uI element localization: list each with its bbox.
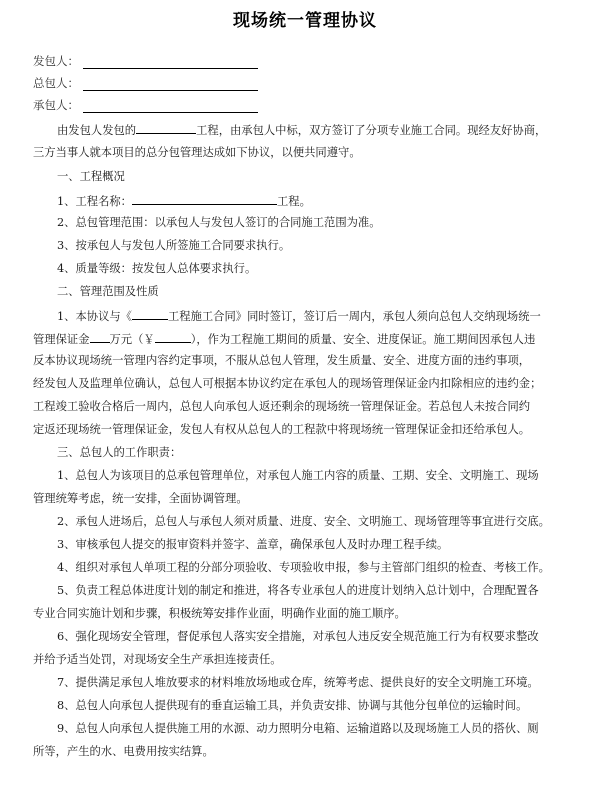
list-item-continuation: 所等，产生的水、电费用按实结算。 — [33, 744, 578, 760]
list-item: 8、总包人向承包人提供现有的垂直运输工具，并负责安排、协调与其他分包单位的运输时… — [57, 698, 602, 714]
list-item: 1、工程名称：工程。 — [57, 192, 602, 210]
deposit-amount-blank-field[interactable] — [90, 330, 110, 343]
text: 工程，由承包人中标，双方签订了分项专业施工合同。现经友好协商， — [196, 124, 546, 137]
text: 1、工程名称： — [57, 195, 132, 208]
deposit-yuan-blank-field[interactable] — [155, 330, 191, 343]
paragraph-line: 管理保证金万元（￥），作为工程施工期间的质量、安全、进度保证。施工期间因承包人违 — [33, 330, 578, 348]
party-label: 承包人： — [33, 97, 79, 113]
document-title: 现场统一管理协议 — [0, 6, 610, 31]
intro-paragraph-line: 由发包人发包的工程，由承包人中标，双方签订了分项专业施工合同。现经友好协商， — [57, 121, 602, 139]
text: 工程。 — [277, 195, 311, 208]
paragraph-line: 定返还现场统一管理保证金，发包人有权从总包人的工程款中将现场统一管理保证金扣还给… — [33, 422, 578, 438]
party-contractor: 承包人： — [33, 97, 258, 113]
project-blank-field[interactable] — [136, 121, 196, 134]
paragraph-line: 工程竣工验收合格后一周内，总包人向承包人返还剩余的现场统一管理保证金。若总包人未… — [33, 399, 578, 415]
list-item: 9、总包人向承包人提供施工用的水源、动力照明分电箱、运输道路以及现场施工人员的搭… — [57, 721, 602, 737]
text: 由发包人发包的 — [57, 124, 136, 137]
section-heading: 一、工程概况 — [57, 169, 602, 185]
list-item: 3、按承包人与发包人所签施工合同要求执行。 — [57, 238, 602, 254]
party-general-contractor: 总包人： — [33, 75, 258, 91]
general-contractor-blank-field[interactable] — [83, 77, 258, 91]
text: 管理保证金 — [33, 333, 90, 346]
paragraph-line: 1、本协议与《工程施工合同》同时签订，签订后一周内，承包人须向总包人交纳现场统一 — [57, 307, 602, 325]
list-item: 2、总包管理范围：以承包人与发包人签订的合同施工范围为准。 — [57, 215, 602, 231]
section-heading: 三、总包人的工作职责： — [57, 445, 602, 461]
party-employer: 发包人： — [33, 53, 258, 69]
list-item: 2、承包人进场后，总包人与承包人须对质量、进度、安全、文明施工、现场管理等事宜进… — [57, 514, 602, 530]
text: 1、本协议与《 — [57, 310, 132, 323]
list-item: 7、提供满足承包人堆放要求的材料堆放场地或仓库，统筹考虑、提供良好的安全文明施工… — [57, 675, 602, 691]
list-item-continuation: 管理统筹考虑，统一安排，全面协调管理。 — [33, 491, 578, 507]
list-item: 3、审核承包人提交的报审资料并签字、盖章，确保承包人及时办理工程手续。 — [57, 537, 602, 553]
list-item: 1、总包人为该项目的总承包管理单位，对承包人施工内容的质量、工期、安全、文明施工… — [57, 468, 602, 484]
text: 万元（￥ — [110, 333, 155, 346]
project-name-blank-field[interactable] — [132, 192, 277, 205]
employer-blank-field[interactable] — [83, 55, 258, 69]
list-item-continuation: 专业合同实施计划和步骤，积极统筹安排作业面，明确作业面的施工顺序。 — [33, 606, 578, 622]
list-item: 4、组织对承包人单项工程的分部分项验收、专项验收申报，参与主管部门组织的检查、考… — [57, 560, 602, 576]
list-item: 6、强化现场安全管理，督促承包人落实安全措施，对承包人违反安全规范施工行为有权要… — [57, 629, 602, 645]
paragraph-line: 经发包人及监理单位确认，总包人可根据本协议约定在承包人的现场管理保证金内扣除相应… — [33, 376, 578, 392]
intro-paragraph-line: 三方当事人就本项目的总分包管理达成如下协议，以便共同遵守。 — [33, 145, 578, 161]
list-item: 4、质量等级：按发包人总体要求执行。 — [57, 261, 602, 277]
list-item: 5、负责工程总体进度计划的制定和推进，将各专业承包人的进度计划纳入总计划中，合理… — [57, 583, 602, 599]
contractor-blank-field[interactable] — [83, 99, 258, 113]
contract-name-blank-field[interactable] — [132, 307, 168, 320]
party-label: 总包人： — [33, 75, 79, 91]
paragraph-line: 反本协议现场统一管理内容约定事项，不服从总包人管理，发生质量、安全、进度方面的违… — [33, 353, 578, 369]
list-item-continuation: 并给予适当处罚，对现场安全生产承担连接责任。 — [33, 652, 578, 668]
section-heading: 二、管理范围及性质 — [57, 284, 602, 300]
party-label: 发包人： — [33, 53, 79, 69]
text: 工程施工合同》同时签订，签订后一周内，承包人须向总包人交纳现场统一 — [168, 310, 541, 323]
text: ），作为工程施工期间的质量、安全、进度保证。施工期间因承包人违 — [191, 333, 536, 346]
